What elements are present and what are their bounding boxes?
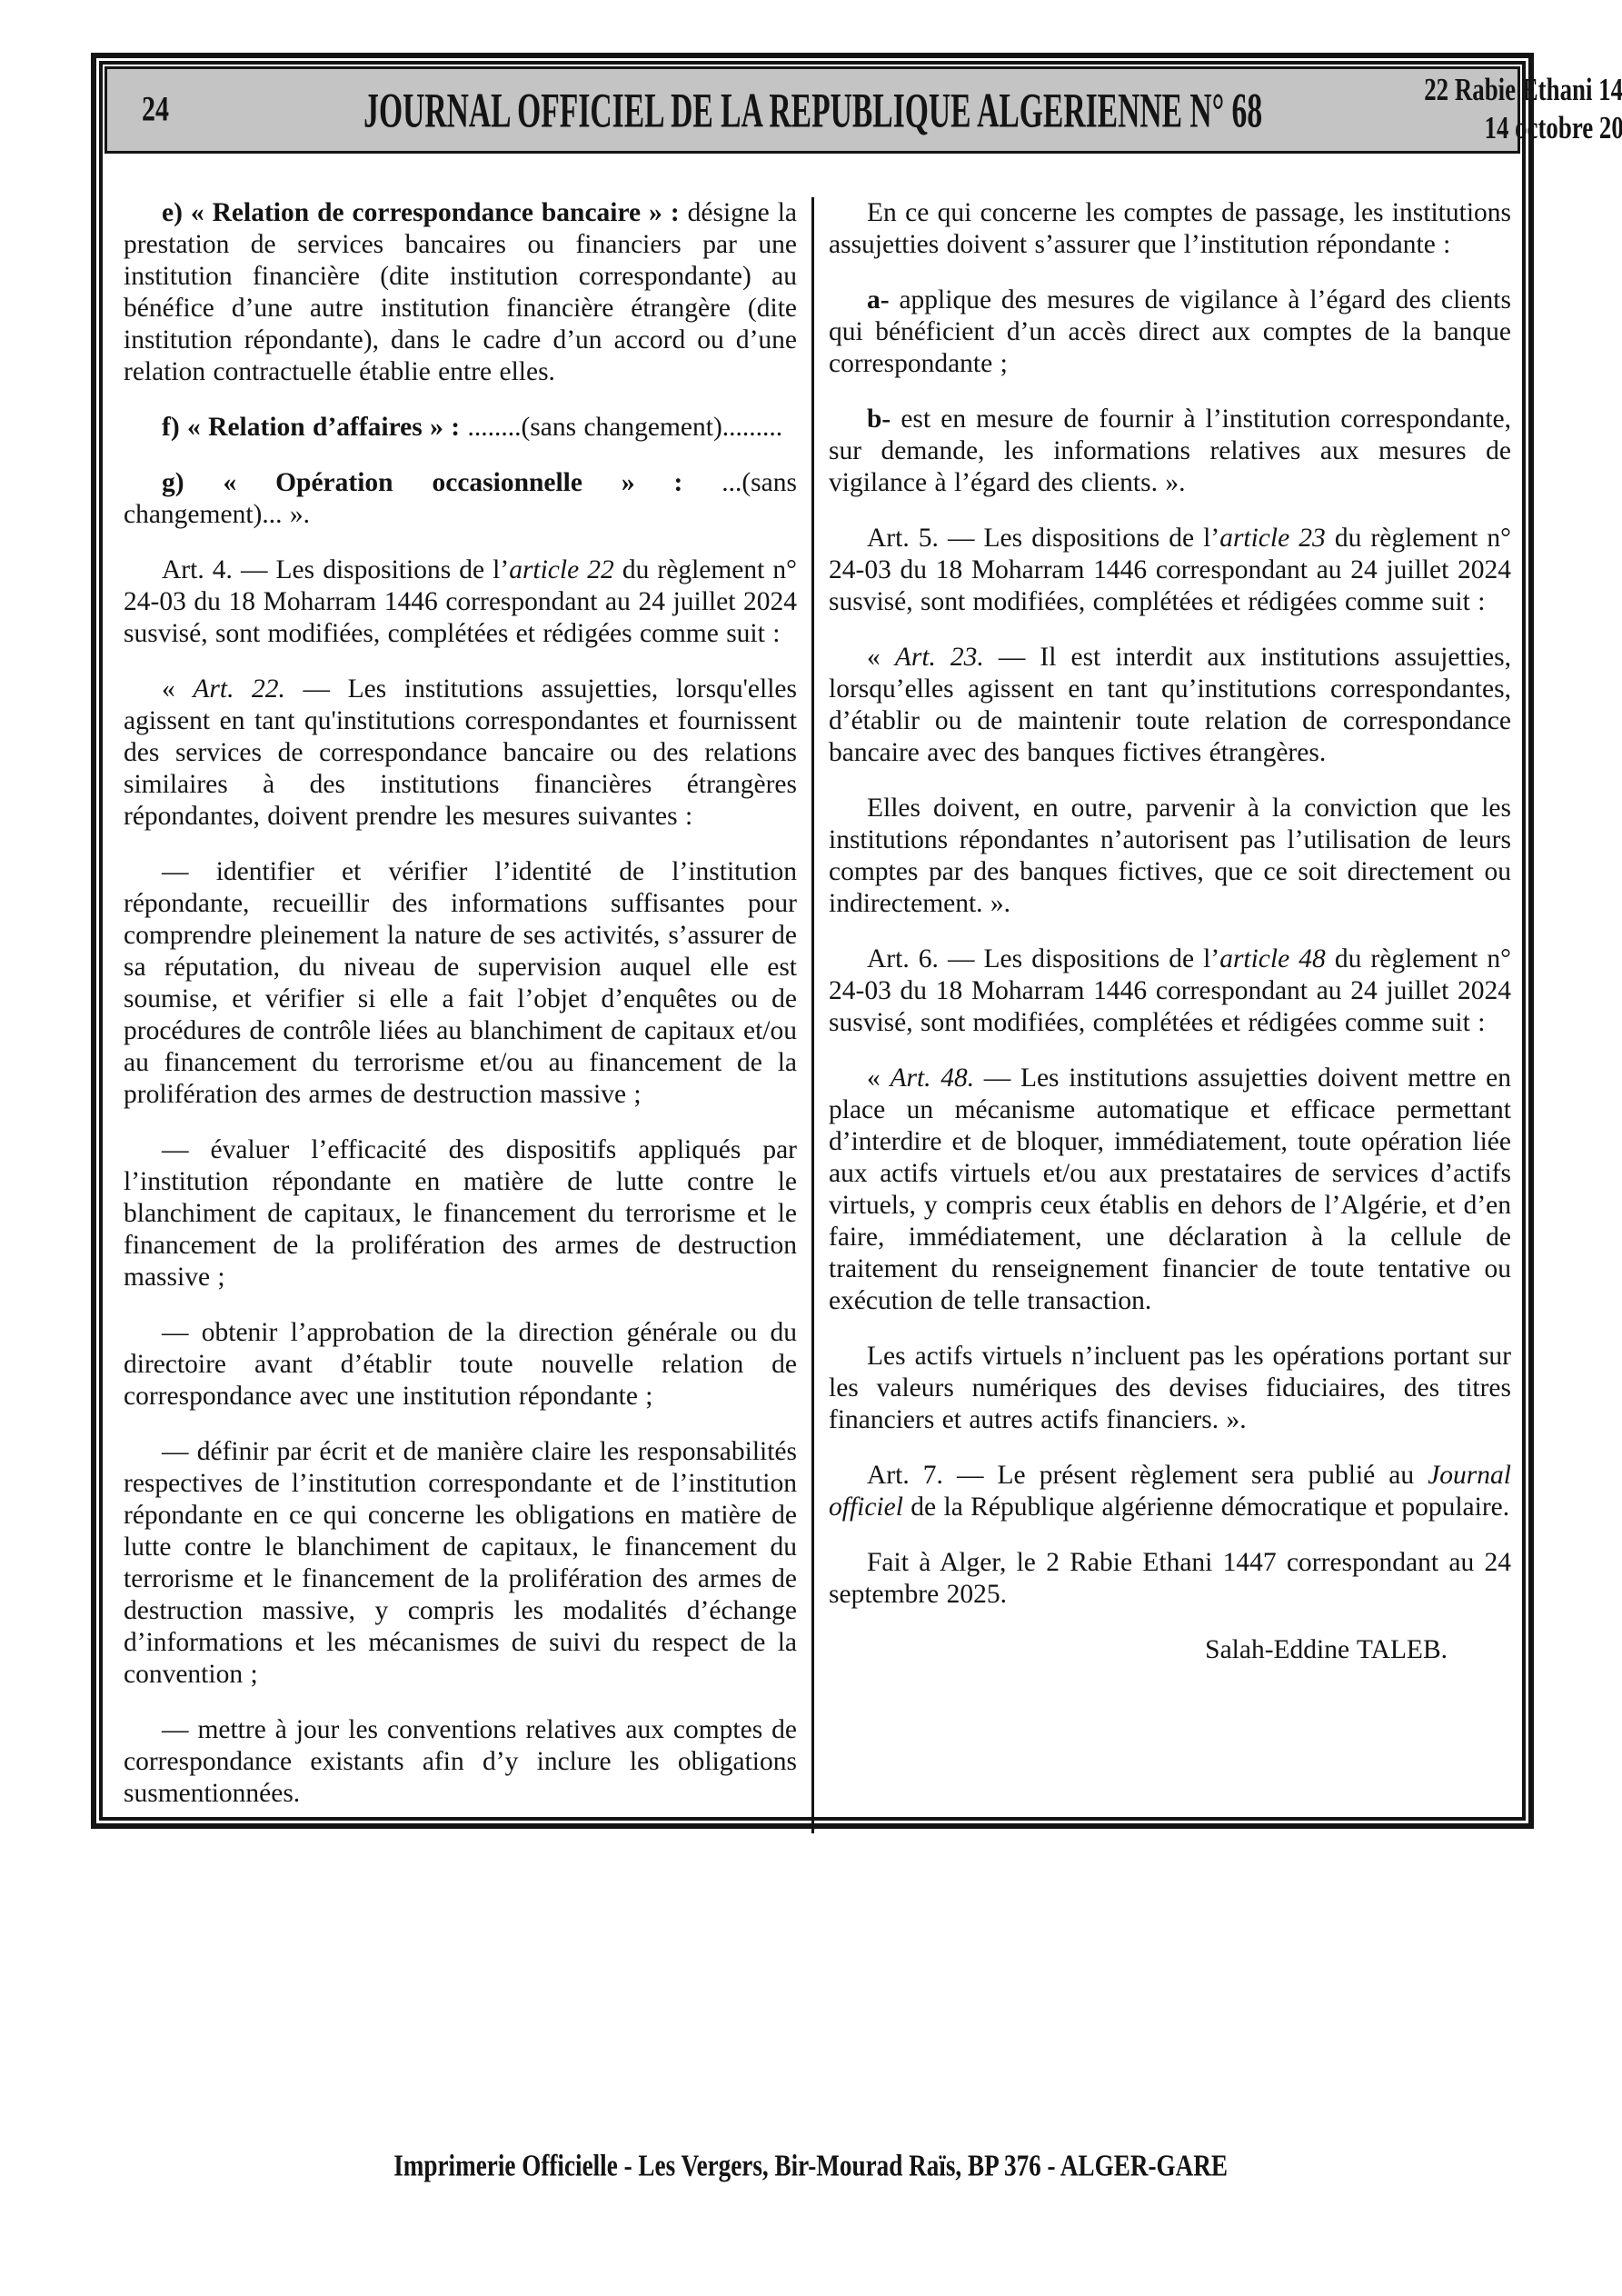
text-segment: Fait à Alger, le 2 Rabie Ethani 1447 cor… xyxy=(829,1548,1511,1609)
right-column: En ce qui concerne les comptes de passag… xyxy=(829,197,1511,1833)
text-segment: applique des mesures de vigilance à l’ég… xyxy=(829,285,1511,378)
paragraph: Fait à Alger, le 2 Rabie Ethani 1447 cor… xyxy=(829,1547,1511,1611)
text-segment: « xyxy=(867,643,895,672)
text-segment: « xyxy=(867,1063,890,1093)
paragraph: Les actifs virtuels n’incluent pas les o… xyxy=(829,1341,1511,1436)
text-segment: — mettre à jour les conventions relative… xyxy=(124,1715,797,1808)
text-segment: article 22 xyxy=(509,555,614,584)
text-segment: Art. 23. xyxy=(895,643,984,672)
paragraph: e) « Relation de correspondance bancaire… xyxy=(124,197,797,388)
text-segment: — évaluer l’efficacité des dispositifs a… xyxy=(124,1135,797,1292)
page-number: 24 xyxy=(107,95,278,125)
text-segment: b- xyxy=(867,404,891,434)
imprint-footer: Imprimerie Officielle - Les Vergers, Bir… xyxy=(0,2152,1622,2181)
text-segment: — définir par écrit et de manière claire… xyxy=(124,1437,797,1689)
page-number-value: 24 xyxy=(142,90,169,130)
journal-title: JOURNAL OFFICIEL DE LA REPUBLIQUE ALGERI… xyxy=(278,89,1348,132)
left-column: e) « Relation de correspondance bancaire… xyxy=(124,197,797,1833)
page-header: 24 JOURNAL OFFICIEL DE LA REPUBLIQUE ALG… xyxy=(104,66,1520,154)
text-segment: Art. 48. xyxy=(890,1063,974,1093)
paragraph: Elles doivent, en outre, parvenir à la c… xyxy=(829,793,1511,920)
text-segment: ........(sans changement)......... xyxy=(467,413,782,442)
paragraph: « Art. 22. — Les institutions assujettie… xyxy=(124,674,797,833)
date-hijri: 22 Rabie Ethani 1447 xyxy=(1348,72,1622,110)
paragraph: Art. 5. — Les dispositions de l’article … xyxy=(829,523,1511,618)
page-frame: 24 JOURNAL OFFICIEL DE LA REPUBLIQUE ALG… xyxy=(91,53,1534,1829)
signature: Salah-Eddine TALEB. xyxy=(829,1634,1511,1666)
text-segment: article 48 xyxy=(1219,944,1326,973)
paragraph: « Art. 48. — Les institutions assujettie… xyxy=(829,1063,1511,1317)
text-segment: f) « Relation d’affaires » : xyxy=(162,413,467,442)
text-columns: e) « Relation de correspondance bancaire… xyxy=(103,155,1522,1833)
paragraph: — obtenir l’approbation de la direction … xyxy=(124,1317,797,1413)
text-segment: Salah-Eddine TALEB. xyxy=(1205,1635,1448,1664)
text-segment: Les actifs virtuels n’incluent pas les o… xyxy=(829,1342,1511,1434)
text-segment: de la République algérienne démocratique… xyxy=(903,1492,1509,1522)
text-segment: a- xyxy=(867,285,890,314)
text-segment: e) « Relation de correspondance bancaire… xyxy=(162,198,688,227)
page-frame-inner: 24 JOURNAL OFFICIEL DE LA REPUBLIQUE ALG… xyxy=(99,61,1526,1821)
journal-title-text: JOURNAL OFFICIEL DE LA REPUBLIQUE ALGERI… xyxy=(363,81,1262,138)
paragraph: f) « Relation d’affaires » : ........(sa… xyxy=(124,412,797,444)
paragraph: « Art. 23. — Il est interdit aux institu… xyxy=(829,642,1511,769)
paragraph: b- est en mesure de fournir à l’institut… xyxy=(829,404,1511,499)
paragraph: g) « Opération occasionnelle » : ...(san… xyxy=(124,467,797,531)
text-segment: Art. 7. — Le présent règlement sera publ… xyxy=(867,1461,1428,1490)
text-segment: — Les institutions assujetties doivent m… xyxy=(829,1063,1511,1315)
text-segment: Art. 5. — Les dispositions de l’ xyxy=(867,524,1219,553)
text-segment: Art. 6. — Les dispositions de l’ xyxy=(867,944,1219,973)
text-segment: En ce qui concerne les comptes de passag… xyxy=(829,198,1511,259)
paragraph: — définir par écrit et de manière claire… xyxy=(124,1436,797,1691)
text-segment: Art. 4. — Les dispositions de l’ xyxy=(162,555,509,584)
text-segment: g) « Opération occasionnelle » : xyxy=(162,468,721,497)
text-segment: — identifier et vérifier l’identité de l… xyxy=(124,857,797,1109)
paragraph: a- applique des mesures de vigilance à l… xyxy=(829,285,1511,380)
text-segment: Elles doivent, en outre, parvenir à la c… xyxy=(829,794,1511,918)
paragraph: Art. 7. — Le présent règlement sera publ… xyxy=(829,1460,1511,1523)
paragraph: En ce qui concerne les comptes de passag… xyxy=(829,197,1511,261)
text-segment: — obtenir l’approbation de la direction … xyxy=(124,1318,797,1411)
header-dates: 22 Rabie Ethani 1447 14 octobre 2025 xyxy=(1348,72,1622,148)
text-segment: Art. 22. xyxy=(193,674,285,704)
imprint-footer-text: Imprimerie Officielle - Les Vergers, Bir… xyxy=(394,2150,1229,2184)
paragraph: — évaluer l’efficacité des dispositifs a… xyxy=(124,1134,797,1293)
date-gregorian: 14 octobre 2025 xyxy=(1348,110,1622,148)
text-segment: est en mesure de fournir à l’institution… xyxy=(829,404,1511,497)
paragraph: — identifier et vérifier l’identité de l… xyxy=(124,856,797,1111)
paragraph: Art. 4. — Les dispositions de l’article … xyxy=(124,554,797,650)
paragraph: Art. 6. — Les dispositions de l’article … xyxy=(829,943,1511,1039)
column-divider-rule xyxy=(811,197,814,1833)
text-segment: article 23 xyxy=(1219,524,1326,553)
text-segment: « xyxy=(162,674,193,704)
paragraph: — mettre à jour les conventions relative… xyxy=(124,1714,797,1810)
